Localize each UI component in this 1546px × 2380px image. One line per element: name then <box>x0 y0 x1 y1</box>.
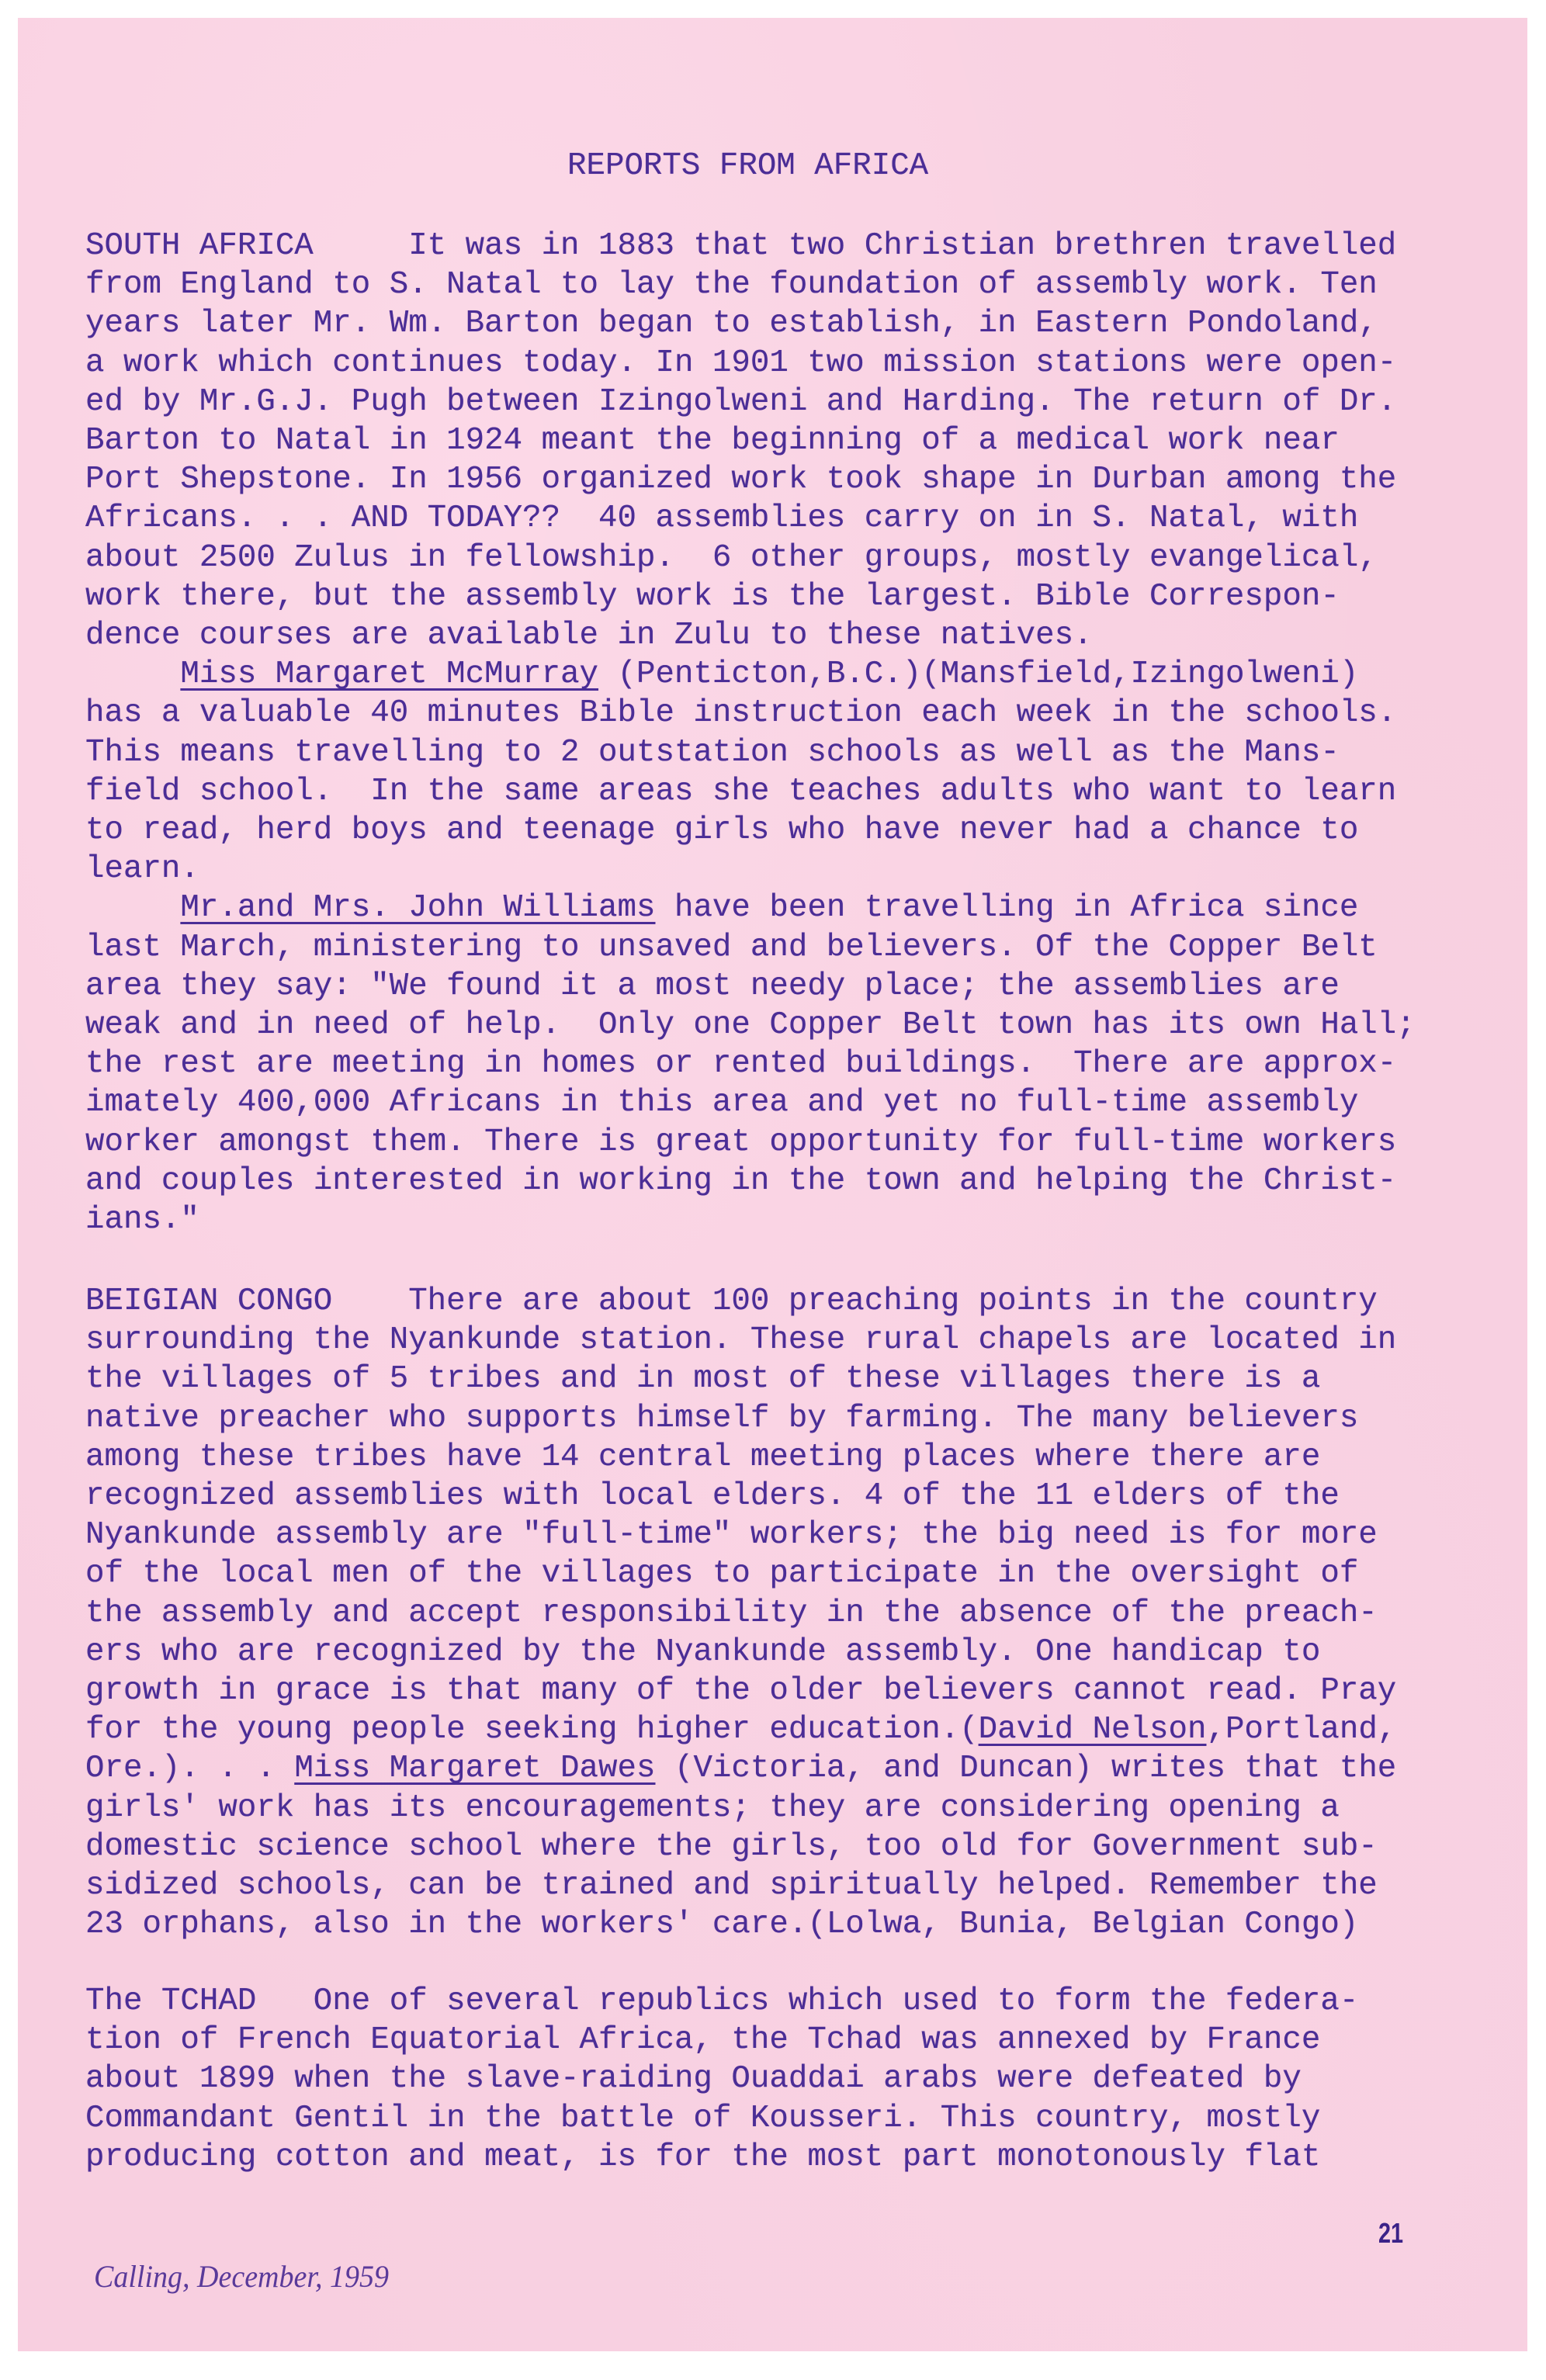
publication-footer: Calling, December, 1959 <box>94 2258 389 2295</box>
text-segment: surrounding the Nyankunde station. These… <box>85 1322 1396 1358</box>
text-segment: BEIGIAN CONGO There are about 100 preach… <box>85 1284 1378 1319</box>
text-segment: Africans. . . AND TODAY?? 40 assemblies … <box>85 501 1358 536</box>
text-line: to read, herd boys and teenage girls who… <box>85 815 1358 847</box>
section-heading-line: BEIGIAN CONGO There are about 100 preach… <box>85 1286 1378 1318</box>
text-line: tion of French Equatorial Africa, the Tc… <box>85 2025 1320 2056</box>
text-segment: ,Portland, <box>1206 1712 1396 1748</box>
text-line: Ore.). . . Miss Margaret Dawes (Victoria… <box>85 1753 1396 1785</box>
text-segment: field school. In the same areas she teac… <box>85 774 1396 809</box>
text-segment: growth in grace is that many of the olde… <box>85 1673 1396 1709</box>
text-line: years later Mr. Wm. Barton began to esta… <box>85 308 1378 340</box>
text-line: weak and in need of help. Only one Coppe… <box>85 1010 1416 1041</box>
text-line: field school. In the same areas she teac… <box>85 776 1396 808</box>
text-segment: about 2500 Zulus in fellowship. 6 other … <box>85 540 1378 576</box>
text-segment: about 1899 when the slave-raiding Ouadda… <box>85 2061 1302 2097</box>
text-segment: the rest are meeting in homes or rented … <box>85 1046 1396 1082</box>
text-segment: among these tribes have 14 central meeti… <box>85 1439 1320 1475</box>
text-line: producing cotton and meat, is for the mo… <box>85 2142 1320 2174</box>
section-heading-line: SOUTH AFRICA It was in 1883 that two Chr… <box>85 230 1396 262</box>
text-segment: ians." <box>85 1202 199 1238</box>
text-line: among these tribes have 14 central meeti… <box>85 1442 1320 1474</box>
text-segment: of the local men of the villages to part… <box>85 1556 1358 1592</box>
text-segment: for the young people seeking higher educ… <box>85 1712 979 1748</box>
text-segment: sidized schools, can be trained and spir… <box>85 1868 1378 1904</box>
text-segment: area they say: "We found it a most needy… <box>85 968 1340 1004</box>
text-line: the rest are meeting in homes or rented … <box>85 1048 1396 1080</box>
text-line: girls' work has its encouragements; they… <box>85 1793 1340 1824</box>
text-segment: and couples interested in working in the… <box>85 1163 1396 1199</box>
text-segment: imately 400,000 Africans in this area an… <box>85 1085 1358 1121</box>
section-heading-line: The TCHAD One of several republics which… <box>85 1986 1358 2018</box>
text-segment: 23 orphans, also in the workers' care.(L… <box>85 1907 1358 1942</box>
text-segment: worker amongst them. There is great oppo… <box>85 1124 1396 1160</box>
text-segment: dence courses are available in Zulu to t… <box>85 618 1093 653</box>
text-line: Nyankunde assembly are "full-time" worke… <box>85 1519 1378 1551</box>
text-line: native preacher who supports himself by … <box>85 1403 1358 1435</box>
text-line: last March, ministering to unsaved and b… <box>85 932 1378 964</box>
text-segment: (Victoria, and Duncan) writes that the <box>655 1751 1396 1786</box>
text-line: ers who are recognized by the Nyankunde … <box>85 1637 1320 1668</box>
text-line: Port Shepstone. In 1956 organized work t… <box>85 464 1396 496</box>
text-segment: native preacher who supports himself by … <box>85 1401 1358 1436</box>
text-segment: to read, herd boys and teenage girls who… <box>85 812 1358 848</box>
text-line: and couples interested in working in the… <box>85 1166 1396 1197</box>
text-segment: The TCHAD One of several republics which… <box>85 1983 1358 2019</box>
text-line: has a valuable 40 minutes Bible instruct… <box>85 698 1396 729</box>
text-line: Mr.and Mrs. John Williams have been trav… <box>85 892 1358 924</box>
text-segment <box>85 656 180 692</box>
text-line: about 2500 Zulus in fellowship. 6 other … <box>85 542 1378 574</box>
text-line: domestic science school where the girls,… <box>85 1831 1378 1863</box>
text-segment: ers who are recognized by the Nyankunde … <box>85 1634 1320 1670</box>
underlined-name: Mr.and Mrs. John Williams <box>180 890 655 926</box>
page-title: REPORTS FROM AFRICA <box>567 151 928 182</box>
text-segment: producing cotton and meat, is for the mo… <box>85 2139 1320 2175</box>
text-segment: work there, but the assembly work is the… <box>85 579 1340 615</box>
underlined-name: Miss Margaret McMurray <box>180 656 598 692</box>
text-segment: Nyankunde assembly are "full-time" worke… <box>85 1517 1378 1553</box>
text-segment: have been travelling in Africa since <box>655 890 1358 926</box>
text-segment: a work which continues today. In 1901 tw… <box>85 345 1396 381</box>
underlined-name: Miss Margaret Dawes <box>294 1751 655 1786</box>
text-line: 23 orphans, also in the workers' care.(L… <box>85 1909 1358 1941</box>
text-line: Barton to Natal in 1924 meant the beginn… <box>85 425 1340 457</box>
text-line: growth in grace is that many of the olde… <box>85 1675 1396 1707</box>
text-segment <box>85 890 180 926</box>
text-segment: Port Shepstone. In 1956 organized work t… <box>85 462 1396 497</box>
text-line: for the young people seeking higher educ… <box>85 1714 1396 1746</box>
text-line: a work which continues today. In 1901 tw… <box>85 348 1396 379</box>
text-line: about 1899 when the slave-raiding Ouadda… <box>85 2063 1302 2095</box>
text-line: Miss Margaret McMurray (Penticton,B.C.)(… <box>85 659 1358 691</box>
text-segment: Commandant Gentil in the battle of Kouss… <box>85 2101 1320 2136</box>
text-segment: tion of French Equatorial Africa, the Tc… <box>85 2022 1320 2058</box>
text-segment: girls' work has its encouragements; they… <box>85 1790 1340 1826</box>
text-line: imately 400,000 Africans in this area an… <box>85 1087 1358 1119</box>
text-line: surrounding the Nyankunde station. These… <box>85 1325 1396 1356</box>
text-segment: recognized assemblies with local elders.… <box>85 1478 1340 1514</box>
text-line: sidized schools, can be trained and spir… <box>85 1870 1378 1902</box>
text-line: Commandant Gentil in the battle of Kouss… <box>85 2103 1320 2135</box>
text-line: ed by Mr.G.J. Pugh between Izingolweni a… <box>85 386 1396 418</box>
text-segment: the villages of 5 tribes and in most of … <box>85 1361 1320 1397</box>
page-number: 21 <box>1378 2217 1403 2250</box>
text-segment: from England to S. Natal to lay the foun… <box>85 267 1378 303</box>
document-page: REPORTS FROM AFRICA SOUTH AFRICA It was … <box>18 18 1527 2351</box>
text-line: Africans. . . AND TODAY?? 40 assemblies … <box>85 503 1358 535</box>
underlined-name: David Nelson <box>979 1712 1207 1748</box>
text-line: the assembly and accept responsibility i… <box>85 1598 1378 1630</box>
text-line: worker amongst them. There is great oppo… <box>85 1127 1396 1159</box>
text-segment: SOUTH AFRICA It was in 1883 that two Chr… <box>85 228 1396 264</box>
text-segment: domestic science school where the girls,… <box>85 1829 1378 1865</box>
text-segment: This means travelling to 2 outstation sc… <box>85 735 1340 771</box>
text-line: learn. <box>85 854 199 885</box>
text-line: ians." <box>85 1204 199 1236</box>
text-line: dence courses are available in Zulu to t… <box>85 620 1093 652</box>
text-line: the villages of 5 tribes and in most of … <box>85 1363 1320 1395</box>
text-segment: ed by Mr.G.J. Pugh between Izingolweni a… <box>85 384 1396 420</box>
text-segment: learn. <box>85 851 199 887</box>
text-line: of the local men of the villages to part… <box>85 1558 1358 1590</box>
text-segment: last March, ministering to unsaved and b… <box>85 930 1378 965</box>
text-segment: has a valuable 40 minutes Bible instruct… <box>85 695 1396 731</box>
text-line: area they say: "We found it a most needy… <box>85 971 1340 1003</box>
text-segment: years later Mr. Wm. Barton began to esta… <box>85 306 1378 341</box>
text-line: This means travelling to 2 outstation sc… <box>85 737 1340 769</box>
text-segment: (Penticton,B.C.)(Mansfield,Izingolweni) <box>598 656 1358 692</box>
text-segment: Ore.). . . <box>85 1751 294 1786</box>
text-line: from England to S. Natal to lay the foun… <box>85 269 1378 301</box>
text-segment: weak and in need of help. Only one Coppe… <box>85 1007 1416 1043</box>
text-segment: Barton to Natal in 1924 meant the beginn… <box>85 423 1340 459</box>
text-segment: the assembly and accept responsibility i… <box>85 1595 1378 1631</box>
text-line: work there, but the assembly work is the… <box>85 581 1340 613</box>
text-line: recognized assemblies with local elders.… <box>85 1481 1340 1512</box>
